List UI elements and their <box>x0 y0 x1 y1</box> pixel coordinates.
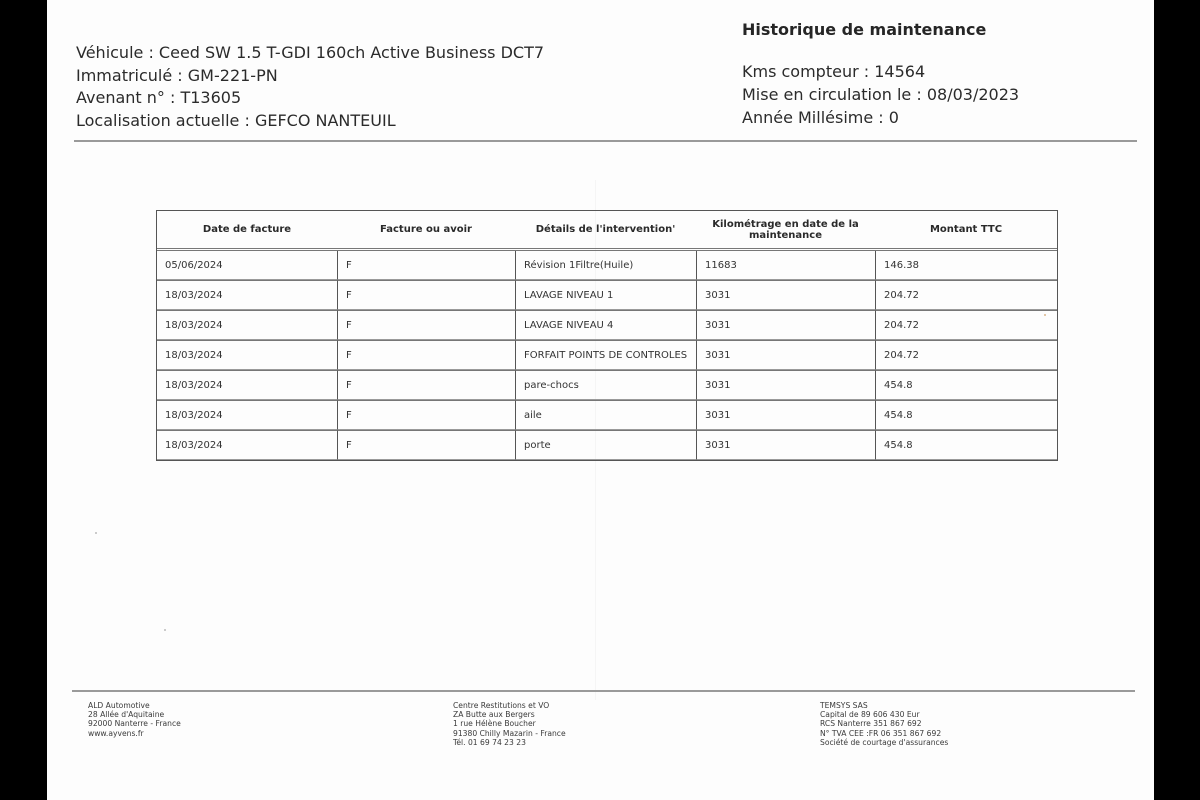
cell-intervention-details: porte <box>515 430 696 460</box>
footer-restitution-center: Centre Restitutions et VO ZA Butte aux B… <box>453 701 566 747</box>
column-header-invoice-date: Date de facture <box>157 211 337 251</box>
vehicle-model: Véhicule : Ceed SW 1.5 T-GDI 160ch Activ… <box>76 42 544 65</box>
cell-amount: 146.38 <box>875 251 1057 280</box>
cell-invoice-date: 18/03/2024 <box>157 400 337 430</box>
document-title: Historique de maintenance <box>742 20 986 39</box>
cell-mileage: 3031 <box>696 310 875 340</box>
footer-line: Société de courtage d'assurances <box>820 738 948 747</box>
cell-invoice-type: F <box>337 310 515 340</box>
table-row: 18/03/2024FLAVAGE NIVEAU 13031204.72 <box>157 280 1057 310</box>
odometer-reading: Kms compteur : 14564 <box>742 60 1019 83</box>
footer-temsys: TEMSYS SAS Capital de 89 606 430 Eur RCS… <box>820 701 948 747</box>
footer-line: 1 rue Hélène Boucher <box>453 719 566 728</box>
column-header-invoice-type: Facture ou avoir <box>337 211 515 251</box>
cell-mileage: 3031 <box>696 430 875 460</box>
vehicle-info-block: Véhicule : Ceed SW 1.5 T-GDI 160ch Activ… <box>76 42 544 132</box>
scan-speck <box>95 532 97 534</box>
cell-invoice-type: F <box>337 280 515 310</box>
cell-amount: 204.72 <box>875 340 1057 370</box>
table-row: 18/03/2024Fporte3031454.8 <box>157 430 1057 460</box>
cell-invoice-date: 05/06/2024 <box>157 251 337 280</box>
footer-line: 92000 Nanterre - France <box>88 719 181 728</box>
cell-amount: 204.72 <box>875 310 1057 340</box>
table-row: 18/03/2024FFORFAIT POINTS DE CONTROLES30… <box>157 340 1057 370</box>
column-header-intervention-details: Détails de l'intervention' <box>515 211 696 251</box>
cell-invoice-type: F <box>337 430 515 460</box>
cell-amount: 454.8 <box>875 430 1057 460</box>
footer-website: www.ayvens.fr <box>88 729 181 738</box>
cell-invoice-type: F <box>337 400 515 430</box>
table-row: 18/03/2024Fpare-chocs3031454.8 <box>157 370 1057 400</box>
scan-speck <box>164 629 166 631</box>
vehicle-location: Localisation actuelle : GEFCO NANTEUIL <box>76 110 544 133</box>
footer-line: N° TVA CEE :FR 06 351 867 692 <box>820 729 948 738</box>
footer-line: TEMSYS SAS <box>820 701 948 710</box>
maintenance-table-container: Date de facture Facture ou avoir Détails… <box>156 210 1056 461</box>
footer-divider <box>72 690 1135 692</box>
column-header-amount: Montant TTC <box>875 211 1057 251</box>
footer-line: 91380 Chilly Mazarin - France <box>453 729 566 738</box>
scan-speck <box>1044 314 1046 316</box>
cell-intervention-details: pare-chocs <box>515 370 696 400</box>
footer-line: Capital de 89 606 430 Eur <box>820 710 948 719</box>
vehicle-registration: Immatriculé : GM-221-PN <box>76 65 544 88</box>
first-registration-date: Mise en circulation le : 08/03/2023 <box>742 83 1019 106</box>
cell-invoice-date: 18/03/2024 <box>157 340 337 370</box>
cell-amount: 454.8 <box>875 370 1057 400</box>
footer-line: ZA Butte aux Bergers <box>453 710 566 719</box>
table-body: 05/06/2024FRévision 1Filtre(Huile)116831… <box>157 251 1057 460</box>
table-row: 18/03/2024FLAVAGE NIVEAU 43031204.72 <box>157 310 1057 340</box>
cell-invoice-date: 18/03/2024 <box>157 280 337 310</box>
maintenance-history-table: Date de facture Facture ou avoir Détails… <box>156 210 1058 461</box>
footer-phone: Tél. 01 69 74 23 23 <box>453 738 566 747</box>
vehicle-meta-block: Kms compteur : 14564 Mise en circulation… <box>742 60 1019 129</box>
table-header-row: Date de facture Facture ou avoir Détails… <box>157 211 1057 251</box>
footer-line: Centre Restitutions et VO <box>453 701 566 710</box>
cell-intervention-details: LAVAGE NIVEAU 4 <box>515 310 696 340</box>
footer-line: RCS Nanterre 351 867 692 <box>820 719 948 728</box>
cell-invoice-date: 18/03/2024 <box>157 430 337 460</box>
cell-mileage: 3031 <box>696 280 875 310</box>
cell-invoice-type: F <box>337 251 515 280</box>
table-row: 18/03/2024Faile3031454.8 <box>157 400 1057 430</box>
cell-invoice-type: F <box>337 340 515 370</box>
scanned-document-page: Véhicule : Ceed SW 1.5 T-GDI 160ch Activ… <box>47 0 1154 800</box>
cell-mileage: 3031 <box>696 400 875 430</box>
cell-mileage: 11683 <box>696 251 875 280</box>
model-year: Année Millésime : 0 <box>742 106 1019 129</box>
contract-amendment: Avenant n° : T13605 <box>76 87 544 110</box>
cell-invoice-type: F <box>337 370 515 400</box>
table-row: 05/06/2024FRévision 1Filtre(Huile)116831… <box>157 251 1057 280</box>
cell-amount: 454.8 <box>875 400 1057 430</box>
footer-line: 28 Allée d'Aquitaine <box>88 710 181 719</box>
cell-intervention-details: LAVAGE NIVEAU 1 <box>515 280 696 310</box>
cell-mileage: 3031 <box>696 340 875 370</box>
footer-ald-automotive: ALD Automotive 28 Allée d'Aquitaine 9200… <box>88 701 181 738</box>
header-divider <box>74 140 1137 142</box>
cell-invoice-date: 18/03/2024 <box>157 370 337 400</box>
cell-invoice-date: 18/03/2024 <box>157 310 337 340</box>
cell-amount: 204.72 <box>875 280 1057 310</box>
cell-intervention-details: Révision 1Filtre(Huile) <box>515 251 696 280</box>
cell-intervention-details: aile <box>515 400 696 430</box>
column-header-mileage: Kilométrage en date de la maintenance <box>696 211 875 251</box>
cell-intervention-details: FORFAIT POINTS DE CONTROLES <box>515 340 696 370</box>
cell-mileage: 3031 <box>696 370 875 400</box>
footer-line: ALD Automotive <box>88 701 181 710</box>
